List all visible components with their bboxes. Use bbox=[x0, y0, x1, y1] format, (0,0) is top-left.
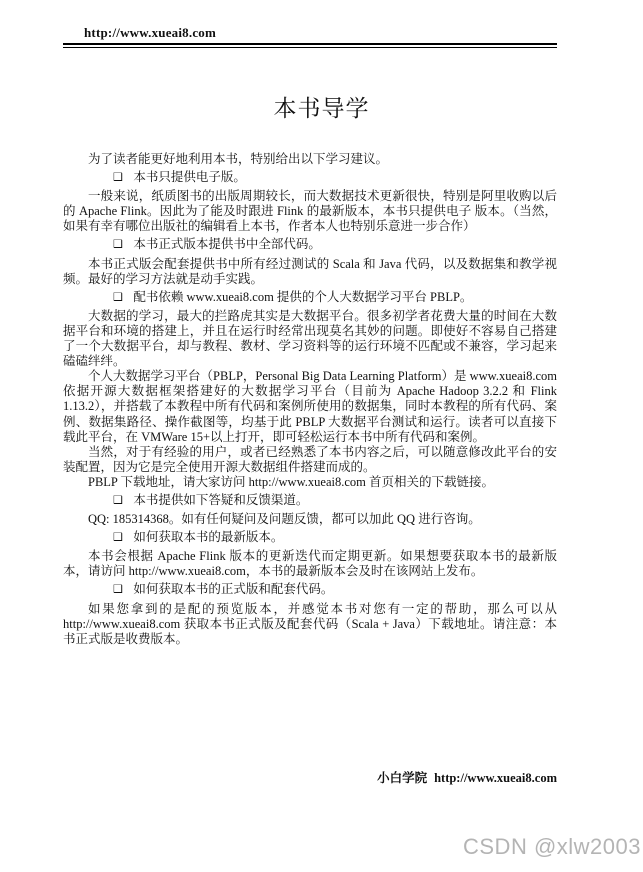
paragraph: 一般来说，纸质图书的出版周期较长，而大数据技术更新很快，特别是阿里收购以后的 A… bbox=[63, 189, 557, 234]
paragraph: 本书会根据 Apache Flink 版本的更新迭代而定期更新。如果想要获取本书… bbox=[63, 549, 557, 579]
paragraph: 当然，对于有经验的用户，或者已经熟悉了本书内容之后，可以随意修改此平台的安装配置… bbox=[63, 445, 557, 475]
footer-url: http://www.xueai8.com bbox=[434, 771, 557, 785]
bullet-item-label: 如何获取本书的最新版本。 bbox=[133, 530, 283, 544]
bullet-square-icon: ❑ bbox=[88, 238, 123, 253]
paragraph: 为了读者能更好地利用本书，特别给出以下学习建议。 bbox=[63, 152, 557, 167]
paragraph: 个人大数据学习平台（PBLP，Personal Big Data Learnin… bbox=[63, 369, 557, 444]
header-double-rule bbox=[63, 43, 557, 48]
bullet-square-icon: ❑ bbox=[88, 583, 123, 598]
bullet-item: ❑本书提供如下答疑和反馈渠道。 bbox=[63, 493, 557, 509]
bullet-item-label: 本书提供如下答疑和反馈渠道。 bbox=[133, 493, 308, 507]
bullet-item-label: 本书正式版本提供书中全部代码。 bbox=[133, 237, 321, 251]
header-url: http://www.xueai8.com bbox=[84, 25, 216, 41]
bullet-square-icon: ❑ bbox=[88, 290, 123, 305]
body-paragraphs: 为了读者能更好地利用本书，特别给出以下学习建议。❑本书只提供电子版。一般来说，纸… bbox=[63, 152, 557, 647]
paragraph: 大数据的学习，最大的拦路虎其实是大数据平台。很多初学者花费大量的时间在大数据平台… bbox=[63, 309, 557, 369]
bullet-item: ❑配书依赖 www.xueai8.com 提供的个人大数据学习平台 PBLP。 bbox=[63, 290, 557, 306]
bullet-item: ❑本书正式版本提供书中全部代码。 bbox=[63, 237, 557, 253]
paragraph: QQ: 185314368。如有任何疑问及问题反馈，都可以加此 QQ 进行咨询。 bbox=[63, 512, 557, 527]
paragraph: PBLP 下载地址，请大家访问 http://www.xueai8.com 首页… bbox=[63, 475, 557, 490]
document-page: http://www.xueai8.com 本书导学 为了读者能更好地利用本书，… bbox=[0, 0, 643, 872]
footer: 小白学院http://www.xueai8.com bbox=[63, 768, 557, 786]
bullet-item-label: 如何获取本书的正式版和配套代码。 bbox=[133, 582, 333, 596]
bullet-square-icon: ❑ bbox=[88, 493, 123, 508]
paragraph: 如果您拿到的是配的预览版本，并感觉本书对您有一定的帮助，那么可以从 http:/… bbox=[63, 602, 557, 647]
bullet-item: ❑如何获取本书的正式版和配套代码。 bbox=[63, 582, 557, 598]
bullet-item-label: 配书依赖 www.xueai8.com 提供的个人大数据学习平台 PBLP。 bbox=[133, 290, 472, 304]
csdn-watermark: CSDN @xlw2003 bbox=[463, 834, 641, 860]
bullet-square-icon: ❑ bbox=[88, 171, 123, 186]
bullet-square-icon: ❑ bbox=[88, 531, 123, 546]
bullet-item-label: 本书只提供电子版。 bbox=[133, 170, 246, 184]
paragraph: 本书正式版会配套提供书中所有经过测试的 Scala 和 Java 代码，以及数据… bbox=[63, 257, 557, 287]
footer-org: 小白学院 bbox=[377, 771, 427, 785]
bullet-item: ❑如何获取本书的最新版本。 bbox=[63, 530, 557, 546]
page-title: 本书导学 bbox=[0, 90, 643, 123]
bullet-item: ❑本书只提供电子版。 bbox=[63, 170, 557, 186]
